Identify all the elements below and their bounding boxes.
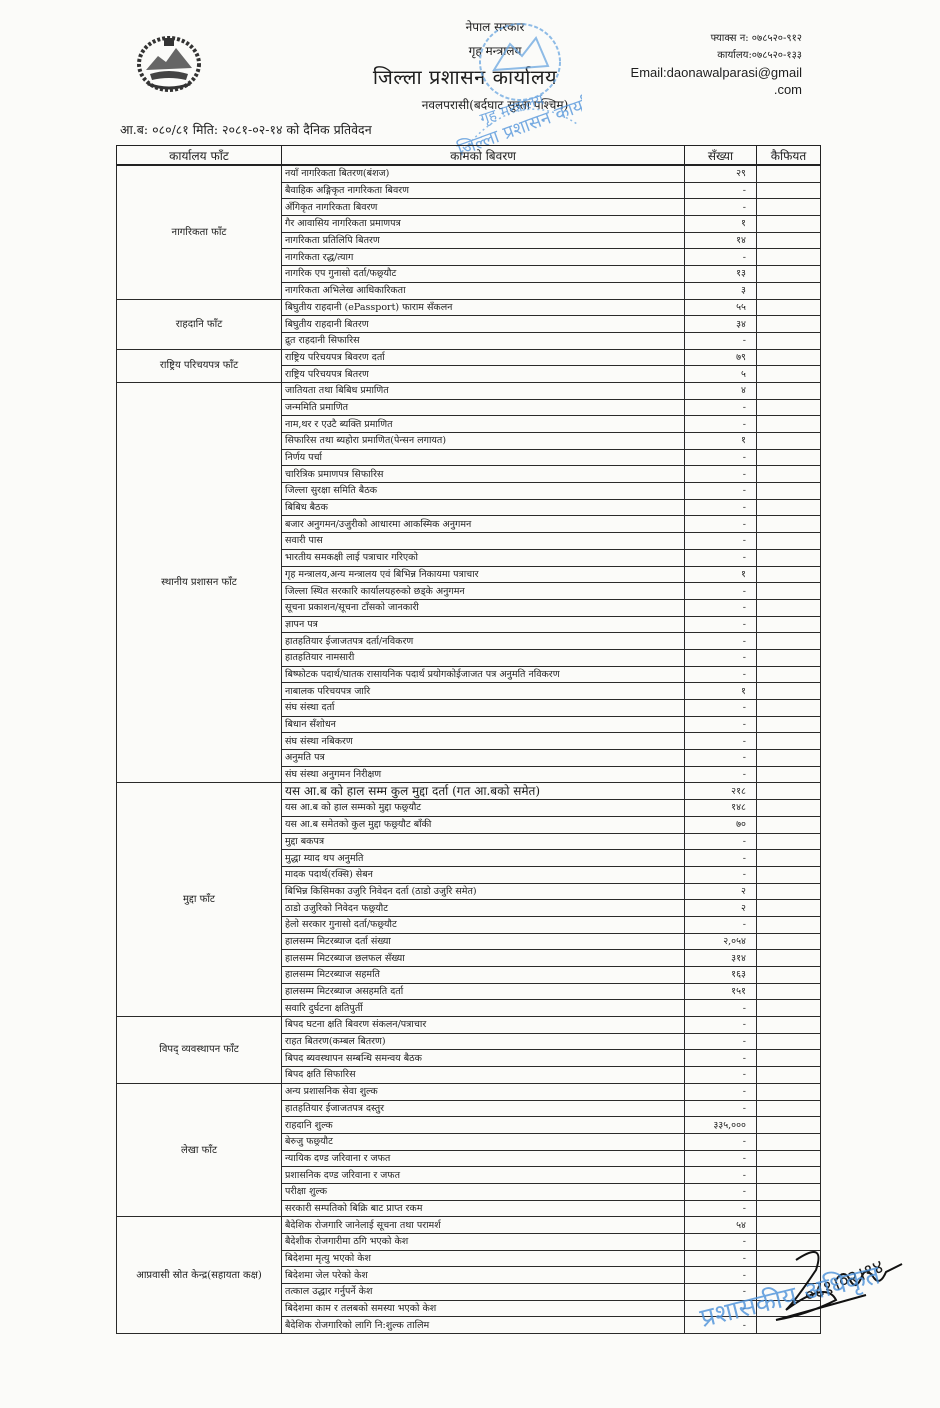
task-count: - [685,449,757,466]
task-description: बजार अनुगमन/उजुरीको आधारमा आकस्मिक अनुगम… [282,516,685,533]
task-count: - [685,833,757,850]
task-count: - [685,182,757,199]
task-remarks [757,499,821,516]
task-remarks [757,1100,821,1117]
task-count: - [685,249,757,266]
task-count: - [685,1067,757,1084]
task-description: द्रुत राहदानी सिफारिस [282,332,685,349]
task-count: ३१४ [685,950,757,967]
task-description: अनुमति पत्र [282,750,685,767]
task-description: बैदेशिक रोजगारि जानेलाई सूचना तथा परामर्… [282,1217,685,1234]
task-remarks [757,816,821,833]
task-description: निर्णय पर्चा [282,449,685,466]
task-remarks [757,165,821,182]
task-description: बिबिध बैठक [282,499,685,516]
task-description: तत्काल उद्धार गर्नुपर्ने केश [282,1284,685,1301]
task-description: हातहतियार ईजाजतपत्र दस्तुर [282,1100,685,1117]
task-remarks [757,1117,821,1134]
fax-number: फ्याक्स न: ०७८५२०-९१२ [631,30,802,47]
task-remarks [757,1133,821,1150]
task-count: - [685,1250,757,1267]
task-remarks [757,1167,821,1184]
task-description: संघ संस्था अनुगमन निरीक्षण [282,766,685,783]
task-description: नाबालक परिचयपत्र जारि [282,683,685,700]
task-count: - [685,1050,757,1067]
daily-report-table: कार्यालय फाँट कामको बिवरण सँख्या कैफियत … [116,145,821,1334]
column-header-count: सँख्या [685,146,757,166]
task-count: - [685,1234,757,1251]
task-remarks [757,716,821,733]
task-remarks [757,483,821,500]
task-remarks [757,1217,821,1234]
task-remarks [757,783,821,800]
task-description: राहदानि शुल्क [282,1117,685,1134]
task-description: ठाडो उजुरिको निवेदन फछ्र्यौट [282,900,685,917]
task-count: - [685,1033,757,1050]
task-remarks [757,349,821,366]
task-count: - [685,332,757,349]
table-row: विपद् व्यवस्थापन फाँटबिपद घटना क्षति बिव… [117,1017,821,1034]
task-description: नागरिकता रद्ध/त्याग [282,249,685,266]
task-count: - [685,483,757,500]
task-count: - [685,399,757,416]
task-description: चारित्रिक प्रमाणपत्र सिफारिस [282,466,685,483]
column-header-section: कार्यालय फाँट [117,146,282,166]
task-description: नाम,थर र एउटै ब्यक्ति प्रमाणित [282,416,685,433]
task-remarks [757,182,821,199]
task-description: भारतीय समकक्षी लाई पत्राचार गरिएको [282,549,685,566]
task-count: - [685,599,757,616]
table-header-row: कार्यालय फाँट कामको बिवरण सँख्या कैफियत [117,146,821,166]
task-description: संघ संस्था दर्ता [282,700,685,717]
task-count: - [685,866,757,883]
task-remarks [757,549,821,566]
task-count: - [685,850,757,867]
task-description: जिल्ला स्थित सरकारि कार्यालयहरुको छड्के … [282,583,685,600]
task-remarks [757,599,821,616]
table-body: नागरिकता फाँटनयाँ नागरिकता बितरण(बंशज)२९… [117,165,821,1334]
task-remarks [757,266,821,283]
task-remarks [757,1083,821,1100]
task-count: - [685,649,757,666]
task-remarks [757,1183,821,1200]
task-description: बिदेशमा काम र तलबको समस्या भएको केश [282,1300,685,1317]
task-description: नागरिकता अभिलेख आधिकारिकता [282,282,685,299]
task-remarks [757,983,821,1000]
table-row: राहदानि फाँटबिघुतीय राहदानी (ePassport) … [117,299,821,316]
task-count: १ [685,683,757,700]
task-remarks [757,700,821,717]
table-row: नागरिकता फाँटनयाँ नागरिकता बितरण(बंशज)२९ [117,165,821,182]
task-description: मादक पदार्थ(रक्सि) सेबन [282,866,685,883]
task-count: - [685,1150,757,1167]
task-count: १ [685,216,757,233]
table-row: मुद्दा फाँटयस आ.ब को हाल सम्म कुल मुद्दा… [117,783,821,800]
section-name: विपद् व्यवस्थापन फाँट [117,1017,282,1084]
task-remarks [757,583,821,600]
task-remarks [757,466,821,483]
task-remarks [757,1017,821,1034]
task-count: - [685,583,757,600]
task-count: - [685,750,757,767]
table-row: स्थानीय प्रशासन फाँटजातियता तथा बिबिध प्… [117,382,821,399]
task-count: १४८ [685,800,757,817]
task-description: हालसम्म मिटरब्याज छलफल सँख्या [282,950,685,967]
task-count: २,०५४ [685,933,757,950]
task-description: हेलो सरकार गुनासो दर्ता/फछ्र्यौट [282,916,685,933]
task-description: गैर आवासिय नागरिकता प्रमाणपत्र [282,216,685,233]
task-count: १३ [685,266,757,283]
task-description: न्यायिक दण्ड जरिवाना र जफत [282,1150,685,1167]
task-count: २१८ [685,783,757,800]
task-description: यस आ.ब समेतको कुल मुद्दा फछ्र्यौट बाँकी [282,816,685,833]
task-description: बिघुतीय राहदानी बितरण [282,316,685,333]
task-remarks [757,1200,821,1217]
task-count: १४ [685,232,757,249]
task-count: - [685,416,757,433]
government-name: नेपाल सरकार [360,18,630,35]
table-row: आप्रवासी स्रोत केन्द्र(सहायता कक्ष)बैदेश… [117,1217,821,1234]
section-name: मुद्दा फाँट [117,783,282,1017]
task-description: नागरिक एप गुनासो दर्ता/फछ्र्यौट [282,266,685,283]
task-count: - [685,1200,757,1217]
task-remarks [757,883,821,900]
task-count: २ [685,900,757,917]
task-description: बैदेशिक रोजगारिको लागि नि:शुल्क तालिम [282,1317,685,1334]
task-count: - [685,633,757,650]
task-description: हालसम्म मिटरब्याज दर्ता संख्या [282,933,685,950]
task-remarks [757,866,821,883]
task-description: मुद्दा बकपत्र [282,833,685,850]
task-description: हालसम्म मिटरब्याज सहमति [282,967,685,984]
task-count: - [685,1183,757,1200]
task-description: परीक्षा शुल्क [282,1183,685,1200]
office-phone: कार्यालय:०७८५२०-१३३ [631,47,802,64]
task-description: हालसम्म मिटरब्याज असहमति दर्ता [282,983,685,1000]
task-count: - [685,1167,757,1184]
task-description: जातियता तथा बिबिध प्रमाणित [282,382,685,399]
task-remarks [757,750,821,767]
email-address-suffix: .com [631,81,802,98]
task-description: संघ संस्था नबिकरण [282,733,685,750]
section-name: स्थानीय प्रशासन फाँट [117,382,282,783]
task-count: ५ [685,366,757,383]
task-remarks [757,249,821,266]
task-remarks [757,1250,821,1267]
task-description: राहत बितरण(कम्बल बितरण) [282,1033,685,1050]
task-count: - [685,1133,757,1150]
task-count: - [685,1267,757,1284]
task-count: - [685,516,757,533]
task-count: - [685,549,757,566]
task-count: - [685,1100,757,1117]
column-header-remarks: कैफियत [757,146,821,166]
task-description: बिपद घटना क्षति बिवरण संकलन/पत्राचार [282,1017,685,1034]
task-remarks [757,666,821,683]
task-remarks [757,800,821,817]
task-remarks [757,1050,821,1067]
task-description: बिघुतीय राहदानी (ePassport) फाराम सँकलन [282,299,685,316]
task-remarks [757,1000,821,1017]
table-row: लेखा फाँटअन्य प्रशासनिक सेवा शुल्क- [117,1083,821,1100]
task-remarks [757,366,821,383]
task-remarks [757,1067,821,1084]
task-count: ७९ [685,349,757,366]
task-remarks [757,199,821,216]
task-description: सिफारिस तथा ब्यहोरा प्रमाणित(पेन्सन लगाय… [282,433,685,450]
ministry-name: गृह मन्त्रालय [360,42,630,59]
task-description: यस आ.ब को हाल सम्म कुल मुद्दा दर्ता (गत … [282,783,685,800]
task-remarks [757,516,821,533]
office-name: जिल्ला प्रशासन कार्यालय [300,63,630,90]
task-remarks [757,967,821,984]
task-remarks [757,733,821,750]
task-description: बिष्फोटक पदार्थ/घातक रासायनिक पदार्थ प्र… [282,666,685,683]
column-header-description: कामको बिवरण [282,146,685,166]
task-count: ३ [685,282,757,299]
task-description: सवारि दुर्घटना क्षतिपुर्ती [282,1000,685,1017]
task-remarks [757,950,821,967]
task-remarks [757,382,821,399]
task-remarks [757,916,821,933]
task-description: जिल्ला सुरक्षा समिति बैठक [282,483,685,500]
task-description: अन्य प्रशासनिक सेवा शुल्क [282,1083,685,1100]
task-count: १ [685,433,757,450]
task-description: बैवाहिक अङ्गिकृत नागरिकता बिवरण [282,182,685,199]
task-count: ५४ [685,1217,757,1234]
task-description: प्रशासनिक दण्ड जरिवाना र जफत [282,1167,685,1184]
task-description: सवारी पास [282,533,685,550]
task-remarks [757,616,821,633]
task-description: बिदेशमा जेल परेको केश [282,1267,685,1284]
task-count: ३४ [685,316,757,333]
task-remarks [757,766,821,783]
letterhead: नेपाल सरकार गृह मन्त्रालय जिल्ला प्रशासन… [300,18,630,113]
task-description: बिपद ब्यवस्थापन सम्बन्धि समन्वय बैठक [282,1050,685,1067]
section-name: लेखा फाँट [117,1083,282,1217]
task-description: राष्ट्रिय परिचयपत्र बिवरण दर्ता [282,349,685,366]
nepal-emblem-icon [136,34,202,92]
task-count: - [685,1017,757,1034]
contact-info: फ्याक्स न: ०७८५२०-९१२ कार्यालय:०७८५२०-१३… [631,30,802,98]
task-description: बिपद क्षति सिफारिस [282,1067,685,1084]
task-description: अँगिकृत नागरिकता बिवरण [282,199,685,216]
task-remarks [757,933,821,950]
table-row: राष्ट्रिय परिचयपत्र फाँटराष्ट्रिय परिचयप… [117,349,821,366]
task-count: - [685,666,757,683]
task-remarks [757,332,821,349]
task-description: नागरिकता प्रतिलिपि बितरण [282,232,685,249]
task-description: हातहतियार ईजाजतपत्र दर्ता/नविकरण [282,633,685,650]
task-remarks [757,216,821,233]
task-remarks [757,1033,821,1050]
task-remarks [757,433,821,450]
task-count: २९ [685,165,757,182]
task-remarks [757,282,821,299]
email-address: Email:daonawalparasi@gmail [631,64,802,81]
task-count: १ [685,566,757,583]
task-count: - [685,1000,757,1017]
task-remarks [757,833,821,850]
task-remarks [757,1234,821,1251]
task-count: - [685,700,757,717]
section-name: राष्ट्रिय परिचयपत्र फाँट [117,349,282,382]
task-count: - [685,466,757,483]
task-count: ५५ [685,299,757,316]
task-count: - [685,199,757,216]
task-description: बिधान सँशोधन [282,716,685,733]
task-count: - [685,716,757,733]
task-count: - [685,1083,757,1100]
task-description: मुद्धा म्याद थप अनुमति [282,850,685,867]
section-name: राहदानि फाँट [117,299,282,349]
task-description: नयाँ नागरिकता बितरण(बंशज) [282,165,685,182]
task-remarks [757,449,821,466]
task-count: १५१ [685,983,757,1000]
task-description: राष्ट्रिय परिचयपत्र बितरण [282,366,685,383]
task-count: ४ [685,382,757,399]
section-name: आप्रवासी स्रोत केन्द्र(सहायता कक्ष) [117,1217,282,1334]
task-count: १६३ [685,967,757,984]
task-description: बिभिन्न किसिमका उजुरि निवेदन दर्ता (ठाडो… [282,883,685,900]
report-title: आ.ब: ०८०/८१ मिति: २०८१-०२-१४ को दैनिक प्… [120,121,372,138]
task-remarks [757,900,821,917]
task-remarks [757,416,821,433]
task-remarks [757,633,821,650]
task-remarks [757,533,821,550]
task-count: - [685,766,757,783]
task-remarks [757,683,821,700]
task-description: जन्ममिति प्रमाणित [282,399,685,416]
task-remarks [757,566,821,583]
task-remarks [757,232,821,249]
task-count: ३३५,००० [685,1117,757,1134]
task-count: २ [685,883,757,900]
task-description: बेरुजु फछ्र्यौट [282,1133,685,1150]
task-description: ज्ञापन पत्र [282,616,685,633]
task-count: - [685,533,757,550]
task-remarks [757,316,821,333]
task-count: - [685,733,757,750]
task-count: - [685,916,757,933]
task-count: - [685,616,757,633]
section-name: नागरिकता फाँट [117,165,282,299]
task-description: सूचना प्रकाशन/सूचना टाँसको जानकारी [282,599,685,616]
task-remarks [757,850,821,867]
task-description: बैदेशीक रोजगारीमा ठगि भएको केश [282,1234,685,1251]
task-description: सरकारी सम्पतिको बिक्रि बाट प्राप्त रकम [282,1200,685,1217]
task-count: - [685,499,757,516]
task-remarks [757,399,821,416]
task-description: हातहतियार नामसारी [282,649,685,666]
task-remarks [757,1150,821,1167]
task-description: यस आ.ब को हाल सम्मको मुद्दा फछ्र्यौट [282,800,685,817]
task-description: बिदेशमा मृत्यु भएको केश [282,1250,685,1267]
task-remarks [757,299,821,316]
task-count: ७० [685,816,757,833]
task-remarks [757,649,821,666]
task-description: गृह मन्त्रालय,अन्य मन्त्रालय एवं बिभिन्न… [282,566,685,583]
district-name: नवलपरासी(बर्दघाट सुस्ता पश्चिम) [360,96,630,113]
